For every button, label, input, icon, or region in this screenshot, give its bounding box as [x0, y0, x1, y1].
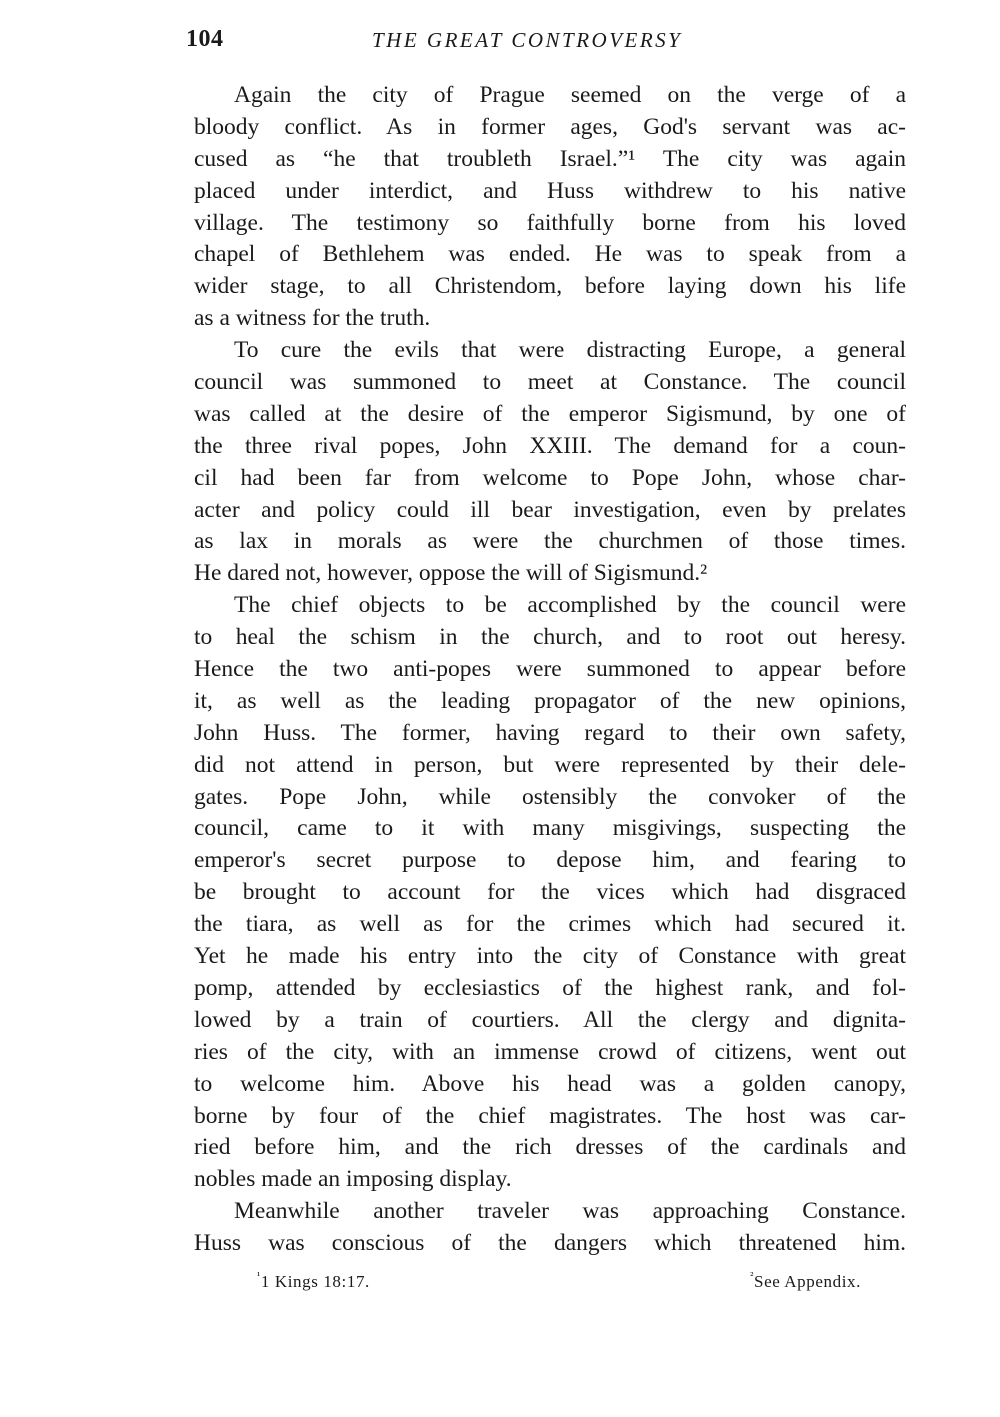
text-line: as a witness for the truth. [194, 303, 906, 335]
text-line: wider stage, to all Christendom, before … [194, 271, 906, 303]
text-line: gates. Pope John, while ostensibly the c… [194, 782, 906, 814]
text-line: Meanwhile another traveler was approachi… [194, 1196, 906, 1228]
text-line: the tiara, as well as for the crimes whi… [194, 909, 906, 941]
text-line: Again the city of Prague seemed on the v… [194, 80, 906, 112]
text-line: be brought to account for the vices whic… [194, 877, 906, 909]
body-text: Again the city of Prague seemed on the v… [194, 80, 906, 1260]
text-line: pomp, attended by ecclesiastics of the h… [194, 973, 906, 1005]
footnotes: ¹1 Kings 18:17. ²See Appendix. [194, 1270, 906, 1300]
text-line: chapel of Bethlehem was ended. He was to… [194, 239, 906, 271]
text-line: borne by four of the chief magistrates. … [194, 1101, 906, 1133]
text-line: council was summoned to meet at Constanc… [194, 367, 906, 399]
text-line: cused as “he that troubleth Israel.”¹ Th… [194, 144, 906, 176]
page-number: 104 [186, 26, 224, 53]
text-line: Huss was conscious of the dangers which … [194, 1228, 906, 1260]
paragraph: Meanwhile another traveler was approachi… [194, 1196, 906, 1260]
text-line: council, came to it with many misgivings… [194, 813, 906, 845]
text-line: placed under interdict, and Huss withdre… [194, 176, 906, 208]
footnote-text: 1 Kings 18:17. [261, 1272, 370, 1291]
text-line: emperor's secret purpose to depose him, … [194, 845, 906, 877]
text-line: lowed by a train of courtiers. All the c… [194, 1005, 906, 1037]
text-line: acter and policy could ill bear investig… [194, 495, 906, 527]
book-page: 104 THE GREAT CONTROVERSY Again the city… [0, 0, 1000, 1417]
text-line: to welcome him. Above his head was a gol… [194, 1069, 906, 1101]
paragraph: The chief objects to be accomplished by … [194, 590, 906, 1196]
text-line: Hence the two anti-popes were summoned t… [194, 654, 906, 686]
text-line: Yet he made his entry into the city of C… [194, 941, 906, 973]
footnote-text: See Appendix. [754, 1272, 861, 1291]
text-line: the three rival popes, John XXIII. The d… [194, 431, 906, 463]
running-title: THE GREAT CONTROVERSY [372, 28, 682, 53]
text-line: was called at the desire of the emperor … [194, 399, 906, 431]
paragraph: To cure the evils that were distracting … [194, 335, 906, 590]
text-line: village. The testimony so faithfully bor… [194, 208, 906, 240]
text-line: bloody conflict. As in former ages, God'… [194, 112, 906, 144]
text-line: To cure the evils that were distracting … [194, 335, 906, 367]
text-line: ries of the city, with an immense crowd … [194, 1037, 906, 1069]
footnote-1: ¹1 Kings 18:17. [257, 1270, 370, 1292]
text-line: He dared not, however, oppose the will o… [194, 558, 906, 590]
text-line: to heal the schism in the church, and to… [194, 622, 906, 654]
paragraph: Again the city of Prague seemed on the v… [194, 80, 906, 335]
text-line: cil had been far from welcome to Pope Jo… [194, 463, 906, 495]
text-line: nobles made an imposing display. [194, 1164, 906, 1196]
text-line: as lax in morals as were the churchmen o… [194, 526, 906, 558]
footnote-2: ²See Appendix. [750, 1270, 861, 1292]
text-line: John Huss. The former, having regard to … [194, 718, 906, 750]
text-line: ried before him, and the rich dresses of… [194, 1132, 906, 1164]
text-line: it, as well as the leading propagator of… [194, 686, 906, 718]
text-line: The chief objects to be accomplished by … [194, 590, 906, 622]
text-line: did not attend in person, but were repre… [194, 750, 906, 782]
